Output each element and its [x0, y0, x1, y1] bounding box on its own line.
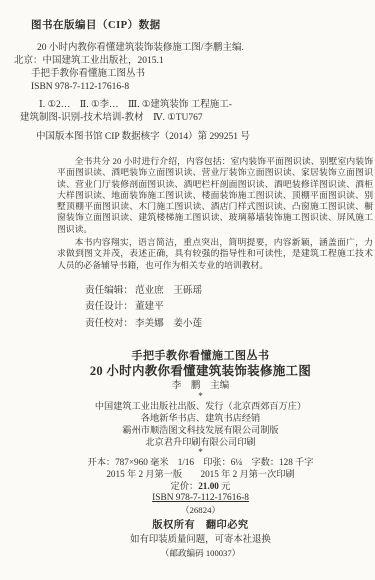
print-specs: 开本：787×960 毫米 1/16 印张：6¼ 字数：128 千字 2015 … — [13, 456, 375, 515]
cip-classification-line: Ⅰ. ①2… Ⅱ. ①李… Ⅲ. ①建筑装饰 工程施工- — [31, 99, 371, 112]
series-title: 手把手教你看懂施工图丛书 — [13, 350, 375, 363]
cip-entry-block: 20 小时内教你看懂建筑装饰装修施工图/李鹏主编. 北京：中国建筑工业出版社，2… — [31, 42, 371, 94]
cip-entry-isbn-line: ISBN 978-7-112-17616-8 — [31, 81, 371, 94]
cip-header: 图书在版编目（CIP）数据 — [31, 17, 371, 32]
staff-names: 李美娜 姜小莲 — [135, 318, 202, 329]
author-line: 李 鹏 主编 — [13, 379, 375, 392]
price-value: 21.00 — [198, 481, 219, 491]
price-label: 定价： — [171, 481, 199, 491]
cip-entry-series-line: 手把手教你看懂施工图丛书 — [31, 68, 371, 81]
cip-entry-title-line: 20 小时内教你看懂建筑装饰装修施工图/李鹏主编. — [31, 42, 371, 55]
book-copyright-page: 图书在版编目（CIP）数据 20 小时内教你看懂建筑装饰装修施工图/李鹏主编. … — [0, 0, 375, 580]
isbn-internal-code: （26824） — [13, 505, 375, 516]
cip-record-number: 中国版本图书馆 CIP 数据核字（2014）第 299251 号 — [31, 131, 371, 144]
book-title: 20 小时内教你看懂建筑装饰装修施工图 — [13, 363, 375, 379]
format-spec-line: 开本：787×960 毫米 1/16 印张：6¼ 字数：128 千字 — [13, 456, 375, 468]
copyright-notice: 版权所有 翻印必究 — [13, 518, 375, 533]
staff-role: 责任设计： — [85, 301, 133, 312]
separator-star: * — [13, 448, 375, 456]
distributor-line: 各地新华书店、建筑书店经销 — [13, 412, 375, 424]
postal-code: （邮政编码 100037） — [13, 547, 375, 559]
staff-credits: 责任编辑：范业庶 王砾瑶 责任设计：董建平 责任校对：李美娜 姜小莲 — [85, 283, 371, 333]
separator-star: * — [13, 392, 375, 400]
staff-names: 范业庶 王砾瑶 — [135, 285, 202, 296]
price-unit: 元 — [219, 481, 230, 491]
staff-row-designer: 责任设计：董建平 — [85, 299, 371, 316]
staff-names: 董建平 — [135, 301, 164, 312]
notices-block: 版权所有 翻印必究 如有印装质量问题，可寄本社退换 （邮政编码 100037） — [13, 518, 375, 559]
price-line: 定价：21.00 元 — [13, 480, 375, 492]
publisher-line: 中国建筑工业出版社出版、发行（北京西郊百万庄） — [13, 400, 375, 412]
staff-role: 责任编辑： — [85, 285, 133, 296]
typesetter-line: 霸州市顺浩图文科技发展有限公司制版 — [13, 424, 375, 436]
book-abstract: 全书共分 20 小时进行介绍，内容包括：室内装饰平面图识读、别墅室内装饰平面图识… — [57, 156, 373, 271]
staff-row-editor: 责任编辑：范业庶 王砾瑶 — [85, 283, 371, 300]
title-block: 手把手教你看懂施工图丛书 20 小时内教你看懂建筑装饰装修施工图 李 鹏 主编 … — [13, 350, 375, 400]
cip-entry-publisher-line: 北京：中国建筑工业出版社，2015.1 — [14, 55, 371, 68]
publisher-block: 中国建筑工业出版社出版、发行（北京西郊百万庄） 各地新华书店、建筑书店经销 霸州… — [13, 400, 375, 456]
printer-line: 北京君升印刷有限公司印刷 — [13, 436, 375, 448]
isbn-number: ISBN 978-7-112-17616-8 — [152, 493, 249, 503]
quality-return-notice: 如有印装质量问题，可寄本社退换 — [13, 533, 375, 547]
staff-role: 责任校对： — [85, 318, 133, 329]
abstract-paragraph: 本书内容翔实，语言简洁，重点突出，简明提要，内容新颖，涵盖面广，力求做到图文并茂… — [57, 237, 373, 271]
cip-classification-line: 建筑制图-识别-技术培训-教材 Ⅳ. ①TU767 — [20, 112, 371, 125]
edition-line: 2015 年 2 月第一版 2015 年 2 月第一次印刷 — [13, 468, 375, 480]
staff-row-proofreader: 责任校对：李美娜 姜小莲 — [85, 316, 371, 333]
cip-classification: Ⅰ. ①2… Ⅱ. ①李… Ⅲ. ①建筑装饰 工程施工- 建筑制图-识别-技术培… — [31, 99, 371, 125]
isbn-line: ISBN 978-7-112-17616-8 — [13, 492, 375, 505]
abstract-paragraph: 全书共分 20 小时进行介绍，内容包括：室内装饰平面图识读、别墅室内装饰平面图识… — [57, 156, 373, 235]
